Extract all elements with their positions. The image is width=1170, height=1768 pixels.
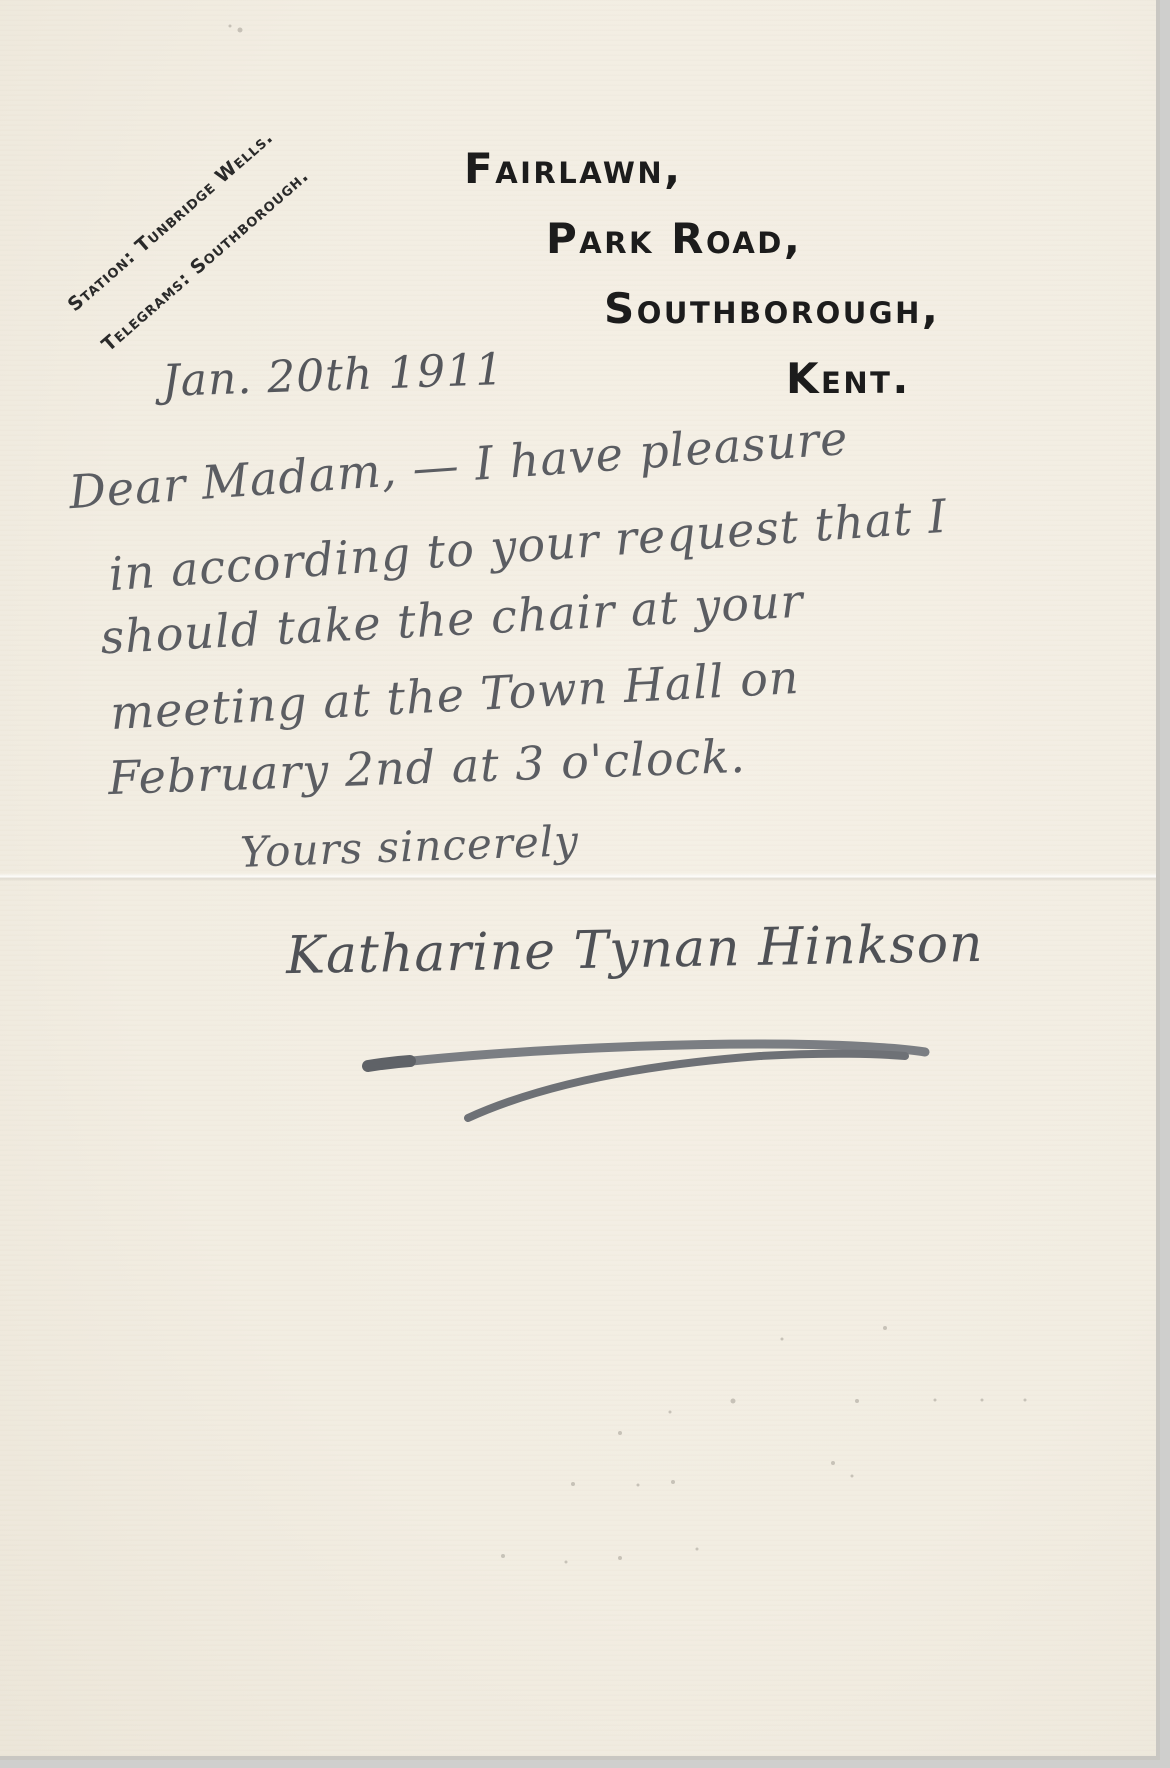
fold-crease [0, 873, 1156, 881]
paper-specks [0, 0, 1170, 1768]
body-line: meeting at the Town Hall on [109, 650, 801, 740]
address-line-county: Kent. [786, 358, 911, 400]
address-line-house: Fairlawn, [464, 148, 683, 190]
signature: Katharine Tynan Hinkson [286, 914, 985, 986]
letter-closing: Yours sincerely [239, 816, 579, 877]
letter-date: Jan. 20th 1911 [161, 344, 505, 407]
address-line-town: Southborough, [604, 288, 940, 330]
signature-flourish-icon [0, 0, 1170, 1768]
address-line-road: Park Road, [546, 218, 802, 260]
body-line: February 2nd at 3 o'clock. [107, 729, 746, 805]
letter-paper: Station: Tunbridge Wells. Telegrams: Sou… [0, 0, 1160, 1760]
